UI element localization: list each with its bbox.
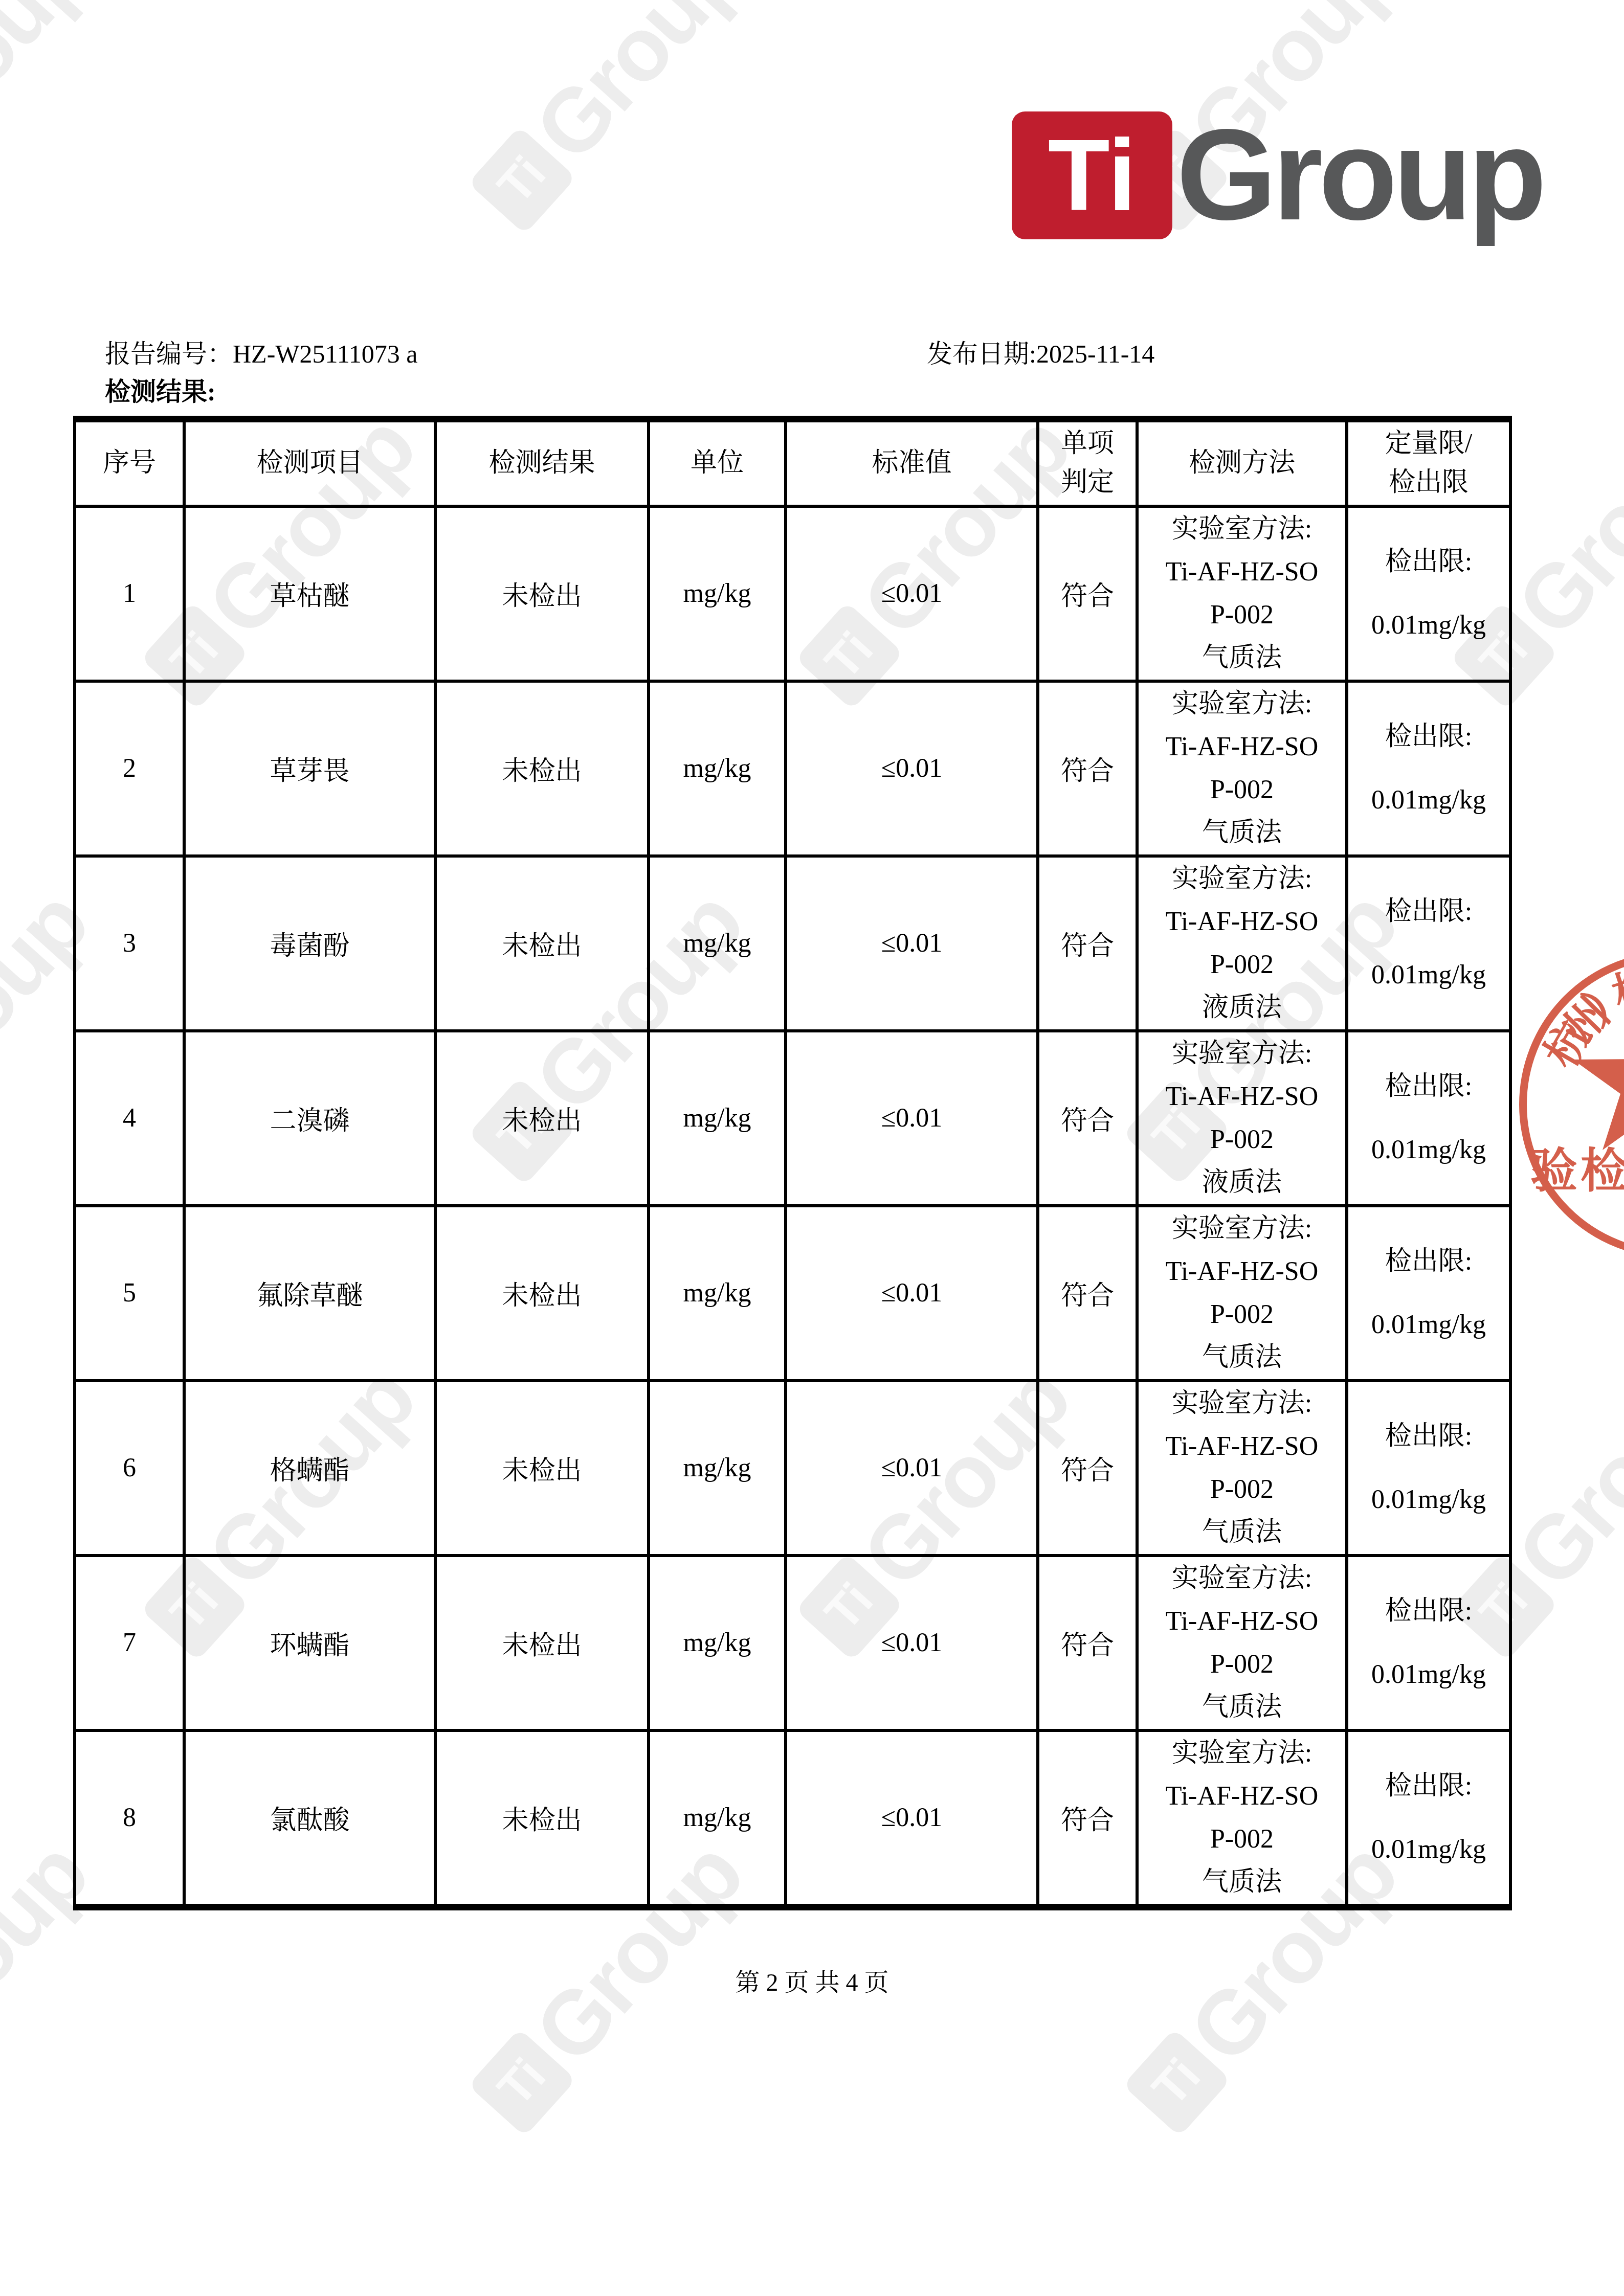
stamp-arc-char: 检: [1607, 962, 1624, 1019]
cell-limit: 检出限:0.01mg/kg: [1347, 1381, 1510, 1556]
cell-limit: 检出限:0.01mg/kg: [1347, 681, 1510, 856]
watermark-item: TiGroup: [458, 0, 762, 243]
cell-unit: mg/kg: [649, 856, 786, 1031]
report-number-label: 报告编号：: [105, 340, 233, 368]
issue-date-line: 发布日期:2025-11-14: [927, 333, 1154, 370]
cell-standard: ≤0.01: [786, 1381, 1038, 1556]
cell-judgment: 符合: [1038, 1206, 1137, 1381]
cell-standard: ≤0.01: [786, 681, 1038, 856]
logo-group-text: Group: [1176, 111, 1543, 239]
cell-judgment: 符合: [1038, 1730, 1137, 1907]
table-row: 2草芽畏未检出mg/kg≤0.01符合实验室方法:Ti-AF-HZ-SOP-00…: [75, 681, 1510, 856]
cell-result: 未检出: [435, 1031, 649, 1206]
cell-method: 实验室方法:Ti-AF-HZ-SOP-002液质法: [1137, 1031, 1347, 1206]
table-row: 8氯酞酸未检出mg/kg≤0.01符合实验室方法:Ti-AF-HZ-SOP-00…: [75, 1730, 1510, 1907]
header-item: 检测项目: [184, 419, 435, 506]
watermark-ti-icon: Ti: [468, 126, 576, 234]
stamp-horizontal-text: 验检测: [1530, 1133, 1624, 1201]
cell-standard: ≤0.01: [786, 1730, 1038, 1907]
header-limit: 定量限/检出限: [1347, 419, 1510, 506]
report-number-value: HZ-W25111073 a: [233, 340, 417, 368]
cell-result: 未检出: [435, 1730, 649, 1907]
cell-no: 3: [75, 856, 184, 1031]
issue-date-value: 2025-11-14: [1036, 340, 1154, 368]
table-row: 4二溴磷未检出mg/kg≤0.01符合实验室方法:Ti-AF-HZ-SOP-00…: [75, 1031, 1510, 1206]
stamp-arc-char: ）: [1578, 972, 1624, 1033]
cell-method: 实验室方法:Ti-AF-HZ-SOP-002气质法: [1137, 1381, 1347, 1556]
cell-result: 未检出: [435, 856, 649, 1031]
logo-ti-text: Ti: [1048, 125, 1136, 226]
cell-unit: mg/kg: [649, 1730, 786, 1907]
cell-unit: mg/kg: [649, 1556, 786, 1730]
cell-method: 实验室方法:Ti-AF-HZ-SOP-002气质法: [1137, 506, 1347, 681]
table-row: 5氟除草醚未检出mg/kg≤0.01符合实验室方法:Ti-AF-HZ-SOP-0…: [75, 1206, 1510, 1381]
cell-standard: ≤0.01: [786, 1556, 1038, 1730]
cell-limit: 检出限:0.01mg/kg: [1347, 1730, 1510, 1907]
cell-judgment: 符合: [1038, 506, 1137, 681]
stamp-arc-char: 州: [1554, 989, 1618, 1053]
cell-method: 实验室方法:Ti-AF-HZ-SOP-002气质法: [1137, 1730, 1347, 1907]
cell-result: 未检出: [435, 1206, 649, 1381]
cell-item: 氯酞酸: [184, 1730, 435, 1907]
cell-limit: 检出限:0.01mg/kg: [1347, 856, 1510, 1031]
cell-item: 格螨酯: [184, 1381, 435, 1556]
cell-judgment: 符合: [1038, 1381, 1137, 1556]
table-row: 6格螨酯未检出mg/kg≤0.01符合实验室方法:Ti-AF-HZ-SOP-00…: [75, 1381, 1510, 1556]
cell-unit: mg/kg: [649, 1206, 786, 1381]
cell-standard: ≤0.01: [786, 856, 1038, 1031]
cell-method: 实验室方法:Ti-AF-HZ-SOP-002液质法: [1137, 856, 1347, 1031]
watermark-ti-icon: Ti: [468, 2028, 576, 2136]
results-table: 序号检测项目检测结果单位标准值单项判定检测方法定量限/检出限 1草枯醚未检出mg…: [73, 416, 1512, 1910]
cell-result: 未检出: [435, 681, 649, 856]
cell-method: 实验室方法:Ti-AF-HZ-SOP-002气质法: [1137, 1206, 1347, 1381]
table-row: 7环螨酯未检出mg/kg≤0.01符合实验室方法:Ti-AF-HZ-SOP-00…: [75, 1556, 1510, 1730]
cell-standard: ≤0.01: [786, 1206, 1038, 1381]
watermark-group-text: Group: [1497, 1348, 1624, 1607]
stamp-arc-char: 杭: [1538, 1014, 1599, 1075]
cell-no: 5: [75, 1206, 184, 1381]
header-standard: 标准值: [786, 419, 1038, 506]
cell-unit: mg/kg: [649, 681, 786, 856]
header-result: 检测结果: [435, 419, 649, 506]
report-number-line: 报告编号：HZ-W25111073 a: [105, 333, 417, 370]
cell-standard: ≤0.01: [786, 1031, 1038, 1206]
cell-method: 实验室方法:Ti-AF-HZ-SOP-002气质法: [1137, 1556, 1347, 1730]
cell-item: 草芽畏: [184, 681, 435, 856]
watermark-item: TiGroup: [0, 0, 107, 243]
cell-judgment: 符合: [1038, 681, 1137, 856]
cell-item: 氟除草醚: [184, 1206, 435, 1381]
ti-logo-icon: Ti: [1012, 111, 1172, 239]
cell-item: 环螨酯: [184, 1556, 435, 1730]
stamp-ring: [1519, 951, 1624, 1258]
cell-standard: ≤0.01: [786, 506, 1038, 681]
cell-result: 未检出: [435, 1381, 649, 1556]
cell-judgment: 符合: [1038, 1031, 1137, 1206]
cell-no: 1: [75, 506, 184, 681]
watermark-group-text: Group: [1497, 397, 1624, 656]
header-judgment: 单项判定: [1038, 419, 1137, 506]
cell-no: 6: [75, 1381, 184, 1556]
cell-no: 8: [75, 1730, 184, 1907]
header-method: 检测方法: [1137, 419, 1347, 506]
cell-item: 二溴磷: [184, 1031, 435, 1206]
watermark-group-text: Group: [0, 0, 107, 180]
cell-method: 实验室方法:Ti-AF-HZ-SOP-002气质法: [1137, 681, 1347, 856]
cell-no: 7: [75, 1556, 184, 1730]
cell-result: 未检出: [435, 506, 649, 681]
cell-unit: mg/kg: [649, 506, 786, 681]
report-page: TiGroupTiGroupTiGroupTiGroupTiGroupTiGro…: [0, 0, 1624, 2296]
table-row: 1草枯醚未检出mg/kg≤0.01符合实验室方法:Ti-AF-HZ-SOP-00…: [75, 506, 1510, 681]
results-table-body: 1草枯醚未检出mg/kg≤0.01符合实验室方法:Ti-AF-HZ-SOP-00…: [75, 506, 1510, 1907]
issue-date-label: 发布日期:: [927, 340, 1036, 368]
cell-limit: 检出限:0.01mg/kg: [1347, 1031, 1510, 1206]
stamp-star-icon: [1566, 1000, 1624, 1169]
cell-unit: mg/kg: [649, 1031, 786, 1206]
tigroup-logo: Ti Group: [1012, 111, 1543, 239]
cell-limit: 检出限:0.01mg/kg: [1347, 1556, 1510, 1730]
page-footer: 第 2 页 共 4 页: [0, 1963, 1624, 1998]
table-row: 3毒菌酚未检出mg/kg≤0.01符合实验室方法:Ti-AF-HZ-SOP-00…: [75, 856, 1510, 1031]
cell-result: 未检出: [435, 1556, 649, 1730]
cell-no: 2: [75, 681, 184, 856]
cell-no: 4: [75, 1031, 184, 1206]
header-no: 序号: [75, 419, 184, 506]
header-unit: 单位: [649, 419, 786, 506]
cell-limit: 检出限:0.01mg/kg: [1347, 1206, 1510, 1381]
section-title: 检测结果:: [105, 371, 216, 408]
results-table-head: 序号检测项目检测结果单位标准值单项判定检测方法定量限/检出限: [75, 419, 1510, 506]
cell-judgment: 符合: [1038, 1556, 1137, 1730]
watermark-group-text: Group: [515, 0, 763, 180]
watermark-ti-icon: Ti: [1122, 2028, 1231, 2136]
cell-item: 毒菌酚: [184, 856, 435, 1031]
cell-item: 草枯醚: [184, 506, 435, 681]
cell-judgment: 符合: [1038, 856, 1137, 1031]
cell-unit: mg/kg: [649, 1381, 786, 1556]
cell-limit: 检出限:0.01mg/kg: [1347, 506, 1510, 681]
